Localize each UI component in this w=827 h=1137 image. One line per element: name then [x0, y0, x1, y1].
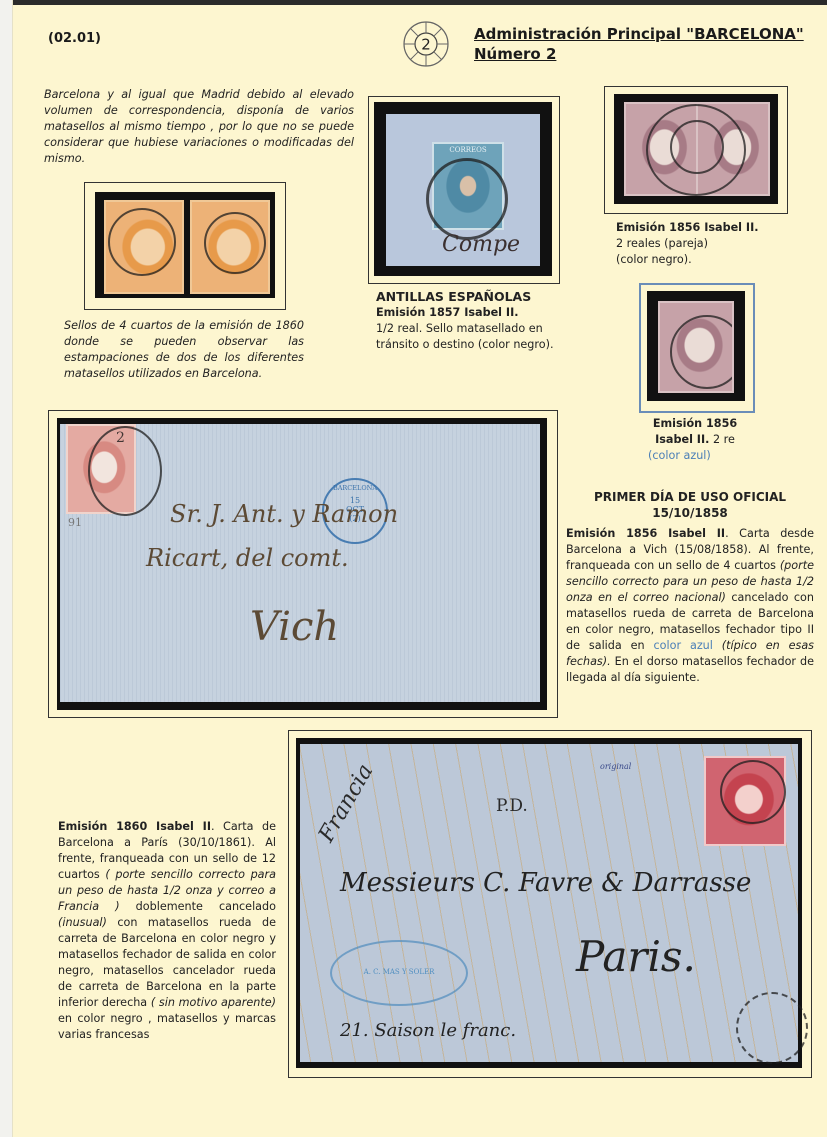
desc-text-4: en color negro , matasellos y marcas var…: [58, 1012, 276, 1041]
page-number: (02.01): [48, 31, 101, 46]
pair-1856-caption: Emisión 1856 Isabel II. 2 reales (pareja…: [616, 220, 806, 268]
antillas-heading: ANTILLAS ESPAÑOLAS: [376, 289, 576, 305]
desc-italic-2: (inusual): [58, 916, 107, 929]
handwritten-note: Compe: [442, 232, 520, 257]
stamp-orange-4-cuartos: [190, 200, 270, 294]
pair-1856-line1: 2 reales (pareja): [616, 236, 806, 252]
wheel-cancel: [204, 212, 266, 274]
wheel-cancel-lower-right: [736, 992, 808, 1064]
pencil-note: 91: [68, 516, 82, 529]
desc-italic-3: ( sin motivo aparente): [151, 996, 276, 1009]
stamp-lilac-2-reales: [658, 301, 734, 393]
desc-text-2: doblemente cancelado: [120, 900, 276, 913]
emission-label: Emisión 1860 Isabel II: [58, 820, 211, 833]
single-1856-subheading: Isabel II.: [655, 433, 709, 446]
vich-cover: 2 91 BARCELONA 15 OCT (2) Sr. J. Ant. y …: [60, 424, 540, 702]
wheel-cancel: [108, 208, 176, 276]
wheel-cancel-emblem-icon: 2: [402, 20, 450, 68]
first-day-heading: PRIMER DÍA DE USO OFICIAL 15/10/1858: [570, 489, 810, 521]
wheel-cancel: [88, 426, 162, 516]
first-day-date: 15/10/1858: [570, 505, 810, 521]
title-line-1: Administración Principal "BARCELONA": [474, 24, 804, 44]
single-1856-heading: Emisión 1856: [630, 416, 760, 432]
pair-1856-line2: (color negro).: [616, 252, 806, 268]
cancel-number: 2: [116, 430, 125, 446]
desc-blue-text: color azul: [654, 639, 713, 652]
svg-text:2: 2: [421, 36, 431, 54]
first-day-description: Emisión 1856 Isabel II. Carta desde Barc…: [566, 526, 814, 686]
stamp-label: CORREOS: [434, 146, 502, 154]
oval-sender-stamp: A. C. MAS Y SOLER: [330, 940, 468, 1006]
address-line-1: Sr. J. Ant. y Ramon: [170, 500, 398, 528]
bottom-note: 21. Saison le franc.: [340, 1020, 516, 1041]
pd-mark: P.D.: [496, 796, 528, 816]
single-1856-caption: Emisión 1856 Isabel II. 2 re (color azul…: [630, 416, 760, 464]
antillas-text: 1/2 real. Sello matasellado en tránsito …: [376, 321, 576, 353]
paris-cover: Francia original P.D. Messieurs C. Favre…: [300, 744, 798, 1062]
emission-label: Emisión 1856 Isabel II: [566, 527, 725, 540]
first-day-title: PRIMER DÍA DE USO OFICIAL: [570, 489, 810, 505]
postmark-town: BARCELONA: [324, 484, 386, 492]
orange-pair-caption: Sellos de 4 cuartos de la emisión de 186…: [64, 318, 304, 382]
address-line-1: Messieurs C. Favre & Darrasse: [340, 868, 751, 898]
datestamp-inner-ring: [670, 120, 724, 174]
address-line-2: Ricart, del comt.: [146, 544, 349, 572]
stamp-orange-4-cuartos: [104, 200, 184, 294]
top-border: [0, 0, 827, 5]
antillas-caption: ANTILLAS ESPAÑOLAS Emisión 1857 Isabel I…: [376, 289, 576, 353]
address-line-2: Paris.: [576, 932, 696, 981]
antillas-subheading: Emisión 1857 Isabel II.: [376, 305, 576, 321]
datestamp-cancel: [670, 315, 734, 389]
address-line-3: Vich: [250, 604, 339, 650]
datestamp-cancel: [720, 760, 786, 824]
emision-1860-description: Emisión 1860 Isabel II. Carta de Barcelo…: [58, 819, 276, 1043]
single-1856-color-note: (color azul): [630, 448, 760, 464]
pencil-note: original: [600, 762, 631, 771]
wheel-cancel: [426, 158, 508, 240]
route-note: Francia: [314, 760, 378, 847]
title-line-2: Número 2: [474, 44, 804, 64]
single-1856-value: 2 re: [713, 433, 735, 446]
intro-text: Barcelona y al igual que Madrid debido a…: [44, 87, 354, 167]
left-margin: [0, 0, 13, 1137]
page-title: Administración Principal "BARCELONA" Núm…: [474, 24, 804, 64]
cover-fragment: CORREOS Compe: [386, 114, 540, 266]
pair-1856-heading: Emisión 1856 Isabel II.: [616, 220, 806, 236]
